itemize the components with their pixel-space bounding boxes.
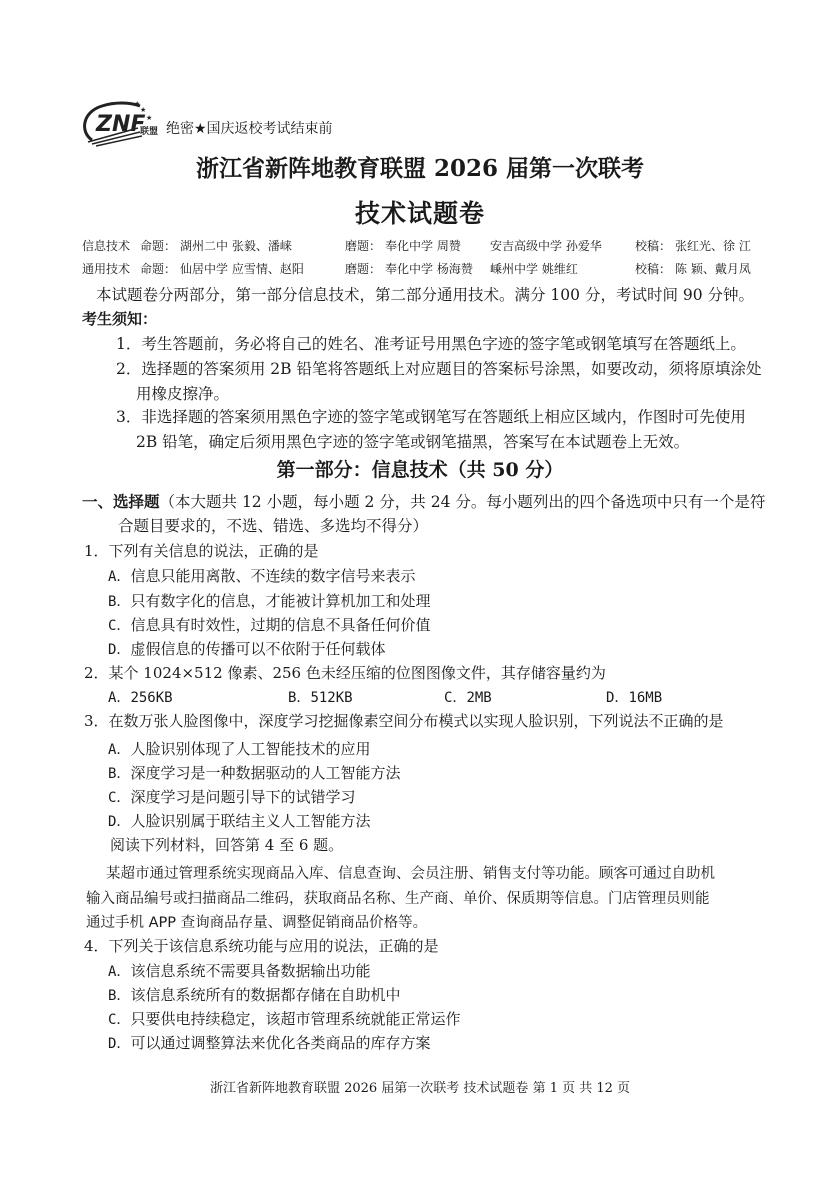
credit-reviewer-2: 嵊州中学 姚维红 bbox=[490, 260, 578, 277]
reading-line-2: 输入商品编号或扫描商品二维码，获取商品名称、生产商、单价、保质期等信息。门店管理… bbox=[86, 887, 710, 908]
section-desc-cont: 合题目要求的，不选、错选、多选均不得分） bbox=[118, 514, 428, 536]
credit-reviewer-2: 安吉高级中学 孙爱华 bbox=[490, 237, 602, 254]
section-label: 一、选择题 bbox=[82, 492, 160, 511]
question-4-option-d[interactable]: D．可以通过调整算法来优化各类商品的库存方案 bbox=[108, 1032, 430, 1053]
credit-proofreader-label: 校稿： bbox=[635, 260, 671, 277]
page-footer: 浙江省新阵地教育联盟 2026 届第一次联考 技术试题卷 第 1 页 共 12 … bbox=[0, 1077, 840, 1096]
question-3-option-b[interactable]: B．深度学习是一种数据驱动的人工智能方法 bbox=[108, 762, 400, 783]
question-4-option-c[interactable]: C．只要供电持续稳定，该超市管理系统就能正常运作 bbox=[108, 1008, 460, 1029]
credit-proofreader: 张红光、徐 江 bbox=[675, 237, 751, 254]
reading-line-3: 通过手机 APP 查询商品存量、调整促销商品价格等。 bbox=[86, 911, 427, 932]
credit-proposer: 湖州二中 张毅、潘崃 bbox=[180, 237, 292, 254]
question-1-option-c[interactable]: C．信息具有时效性，过期的信息不具备任何价值 bbox=[108, 614, 430, 635]
credit-reviewer-1: 奉化中学 杨海赞 bbox=[385, 260, 473, 277]
intro-text: 本试题卷分两部分，第一部分信息技术，第二部分通用技术。满分 100 分，考试时间… bbox=[96, 283, 754, 305]
question-1-option-b[interactable]: B．只有数字化的信息，才能被计算机加工和处理 bbox=[108, 590, 430, 611]
credit-proofreader: 陈 颖、戴月凤 bbox=[675, 260, 751, 277]
notice-item-3: 3．非选择题的答案须用黑色字迹的签字笔或钢笔写在答题纸上相应区域内，作图时可先使… bbox=[116, 405, 746, 427]
question-2-option-c[interactable]: C．2MB bbox=[444, 687, 492, 707]
credit-reviewer-1: 奉化中学 周赞 bbox=[385, 237, 461, 254]
question-3-option-a[interactable]: A．人脸识别体现了人工智能技术的应用 bbox=[108, 738, 370, 759]
svg-text:★: ★ bbox=[146, 114, 152, 122]
znf-alliance-logo-icon: ZNF 联盟 ★ ★ ★ bbox=[78, 98, 164, 148]
exam-title: 浙江省新阵地教育联盟 2026 届第一次联考 bbox=[0, 150, 840, 183]
question-3-option-c[interactable]: C．深度学习是问题引导下的试错学习 bbox=[108, 786, 355, 807]
credit-subject: 通用技术 bbox=[82, 260, 130, 277]
credit-proposer-label: 命题： bbox=[140, 260, 176, 277]
notice-item-1: 1．考生答题前，务必将自己的姓名、准考证号用黑色字迹的签字笔或钢笔填写在答题纸上… bbox=[116, 332, 746, 354]
notice-item-3-cont: 2B 铅笔，确定后须用黑色字迹的签字笔或钢笔描黑，答案写在本试题卷上无效。 bbox=[136, 430, 689, 452]
section-desc: （本大题共 12 小题，每小题 2 分，共 24 分。每小题列出的四个备选项中只… bbox=[160, 493, 766, 511]
credit-reviewer-label: 磨题： bbox=[345, 237, 381, 254]
svg-text:★: ★ bbox=[140, 106, 146, 114]
question-1-option-a[interactable]: A．信息只能用离散、不连续的数字信号来表示 bbox=[108, 565, 415, 586]
svg-text:ZNF: ZNF bbox=[95, 112, 145, 137]
notice-item-2-cont: 用橡皮擦净。 bbox=[136, 382, 229, 404]
question-2-option-a[interactable]: A．256KB bbox=[108, 687, 173, 707]
question-2-stem: 2．某个 1024×512 像素、256 色未经压缩的位图图像文件，其存储容量约… bbox=[84, 662, 606, 683]
exam-subtitle: 技术试题卷 bbox=[0, 194, 840, 230]
question-3-option-d[interactable]: D．人脸识别属于联结主义人工智能方法 bbox=[108, 810, 370, 831]
question-3-stem: 3．在数万张人脸图像中，深度学习挖掘像素空间分布模式以实现人脸识别，下列说法不正… bbox=[84, 710, 724, 731]
credit-reviewer-label: 磨题： bbox=[345, 260, 381, 277]
credit-proofreader-label: 校稿： bbox=[635, 237, 671, 254]
question-4-stem: 4．下列关于该信息系统功能与应用的说法，正确的是 bbox=[84, 935, 439, 956]
svg-text:联盟: 联盟 bbox=[139, 125, 158, 137]
notice-title: 考生须知： bbox=[82, 308, 157, 329]
question-1-option-d[interactable]: D．虚假信息的传播可以不依附于任何载体 bbox=[108, 638, 385, 659]
credit-proposer-label: 命题： bbox=[140, 237, 176, 254]
question-2-option-b[interactable]: B．512KB bbox=[288, 687, 353, 707]
notice-item-2: 2．选择题的答案须用 2B 铅笔将答题纸上对应题目的答案标号涂黑，如要改动，须将… bbox=[116, 357, 761, 379]
credit-subject: 信息技术 bbox=[82, 237, 130, 254]
part1-title: 第一部分：信息技术（共 50 分） bbox=[0, 455, 840, 482]
exam-page: ZNF 联盟 ★ ★ ★ 绝密★国庆返校考试结束前 浙江省新阵地教育联盟 202… bbox=[0, 0, 840, 1190]
question-1-stem: 1．下列有关信息的说法，正确的是 bbox=[84, 540, 319, 561]
reading-line-1: 某超市通过管理系统实现商品入库、信息查询、会员注册、销售支付等功能。顾客可通过自… bbox=[106, 862, 715, 883]
question-4-option-a[interactable]: A．该信息系统不需要具备数据输出功能 bbox=[108, 960, 370, 981]
question-2-option-d[interactable]: D．16MB bbox=[606, 687, 662, 707]
reading-prompt: 阅读下列材料，回答第 4 至 6 题。 bbox=[110, 834, 343, 855]
question-4-option-b[interactable]: B．该信息系统所有的数据都存储在自助机中 bbox=[108, 984, 400, 1005]
confidential-label: 绝密★国庆返校考试结束前 bbox=[166, 118, 333, 138]
credit-proposer: 仙居中学 应雪情、赵阳 bbox=[180, 260, 304, 277]
section-heading: 一、选择题（本大题共 12 小题，每小题 2 分，共 24 分。每小题列出的四个… bbox=[82, 490, 765, 512]
